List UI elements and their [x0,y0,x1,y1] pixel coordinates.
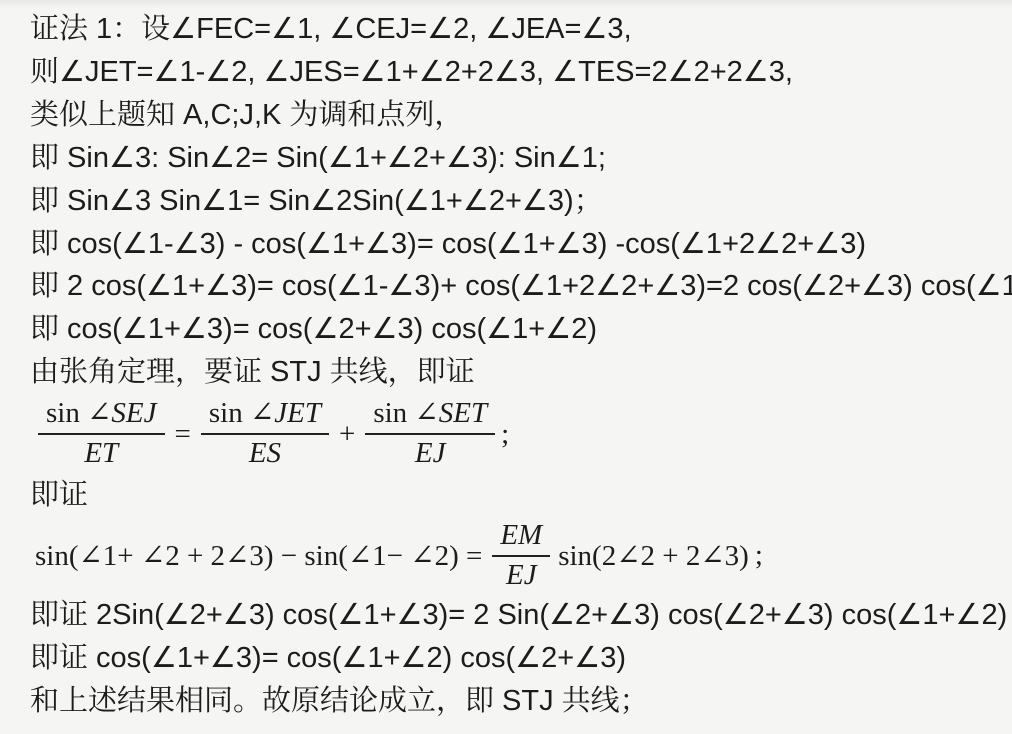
fraction-sin-jet-over-es: sin ∠JET ES [201,398,329,470]
sine-identity-equation: sin(∠1+ ∠2 + 2∠3) − sin(∠1− ∠2) = EM EJ … [35,517,1012,594]
fraction-numerator: sin ∠SEJ [38,398,165,435]
fraction-sin-set-over-ej: sin ∠SET EJ [365,398,495,470]
proof-line-13: 即证 2Sin(∠2+∠3) cos(∠1+∠3)= 2 Sin(∠2+∠3) … [30,594,1012,637]
fraction-numerator: sin ∠SET [365,398,495,435]
fraction-numerator: sin ∠JET [201,398,329,435]
proof-line-8: 即 cos(∠1+∠3)= cos(∠2+∠3) cos(∠1+∠2) [30,308,1012,351]
semicolon: ; [501,418,509,451]
proof-line-2: 则∠JET=∠1-∠2, ∠JES=∠1+∠2+2∠3, ∠TES=2∠2+2∠… [30,51,1012,94]
proof-document: 证法 1：设∠FEC=∠1, ∠CEJ=∠2, ∠JEA=∠3, 则∠JET=∠… [0,0,1012,723]
proof-line-6: 即 cos(∠1-∠3) - cos(∠1+∠3)= cos(∠1+∠3) -c… [30,223,1012,266]
plus-sign: + [339,418,355,451]
equals-sign: = [175,418,191,451]
proof-line-1: 证法 1：设∠FEC=∠1, ∠CEJ=∠2, ∠JEA=∠3, [30,8,1012,51]
fraction-denominator: EJ [506,557,537,592]
proof-line-3: 类似上题知 A,C;J,K 为调和点列， [30,94,1012,137]
proof-line-jizheng: 即证 [30,474,1012,517]
proof-line-7: 即 2 cos(∠1+∠3)= cos(∠1-∠3)+ cos(∠1+2∠2+∠… [30,265,1012,308]
fraction-denominator: ET [84,435,118,470]
fraction-em-over-ej: EM EJ [492,520,550,592]
fraction-denominator: ES [249,435,281,470]
equation-right-side: sin(2∠2 + 2∠3) [558,538,749,573]
proof-line-14: 即证 cos(∠1+∠3)= cos(∠1+∠2) cos(∠2+∠3) [30,637,1012,680]
fraction-sin-sej-over-et: sin ∠SEJ ET [38,398,165,470]
equation-left-side: sin(∠1+ ∠2 + 2∠3) − sin(∠1− ∠2) = [35,538,482,573]
zhangjiao-theorem-equation: sin ∠SEJ ET = sin ∠JET ES + sin ∠SET EJ … [38,394,1012,474]
semicolon: ; [755,539,763,572]
proof-line-9: 由张角定理，要证 STJ 共线，即证 [30,351,1012,394]
proof-line-5: 即 Sin∠3 Sin∠1= Sin∠2Sin(∠1+∠2+∠3)； [30,180,1012,223]
fraction-denominator: EJ [415,435,446,470]
proof-line-15: 和上述结果相同。故原结论成立，即 STJ 共线； [30,680,1012,723]
proof-line-4: 即 Sin∠3: Sin∠2= Sin(∠1+∠2+∠3): Sin∠1; [30,137,1012,180]
fraction-numerator: EM [492,520,550,557]
